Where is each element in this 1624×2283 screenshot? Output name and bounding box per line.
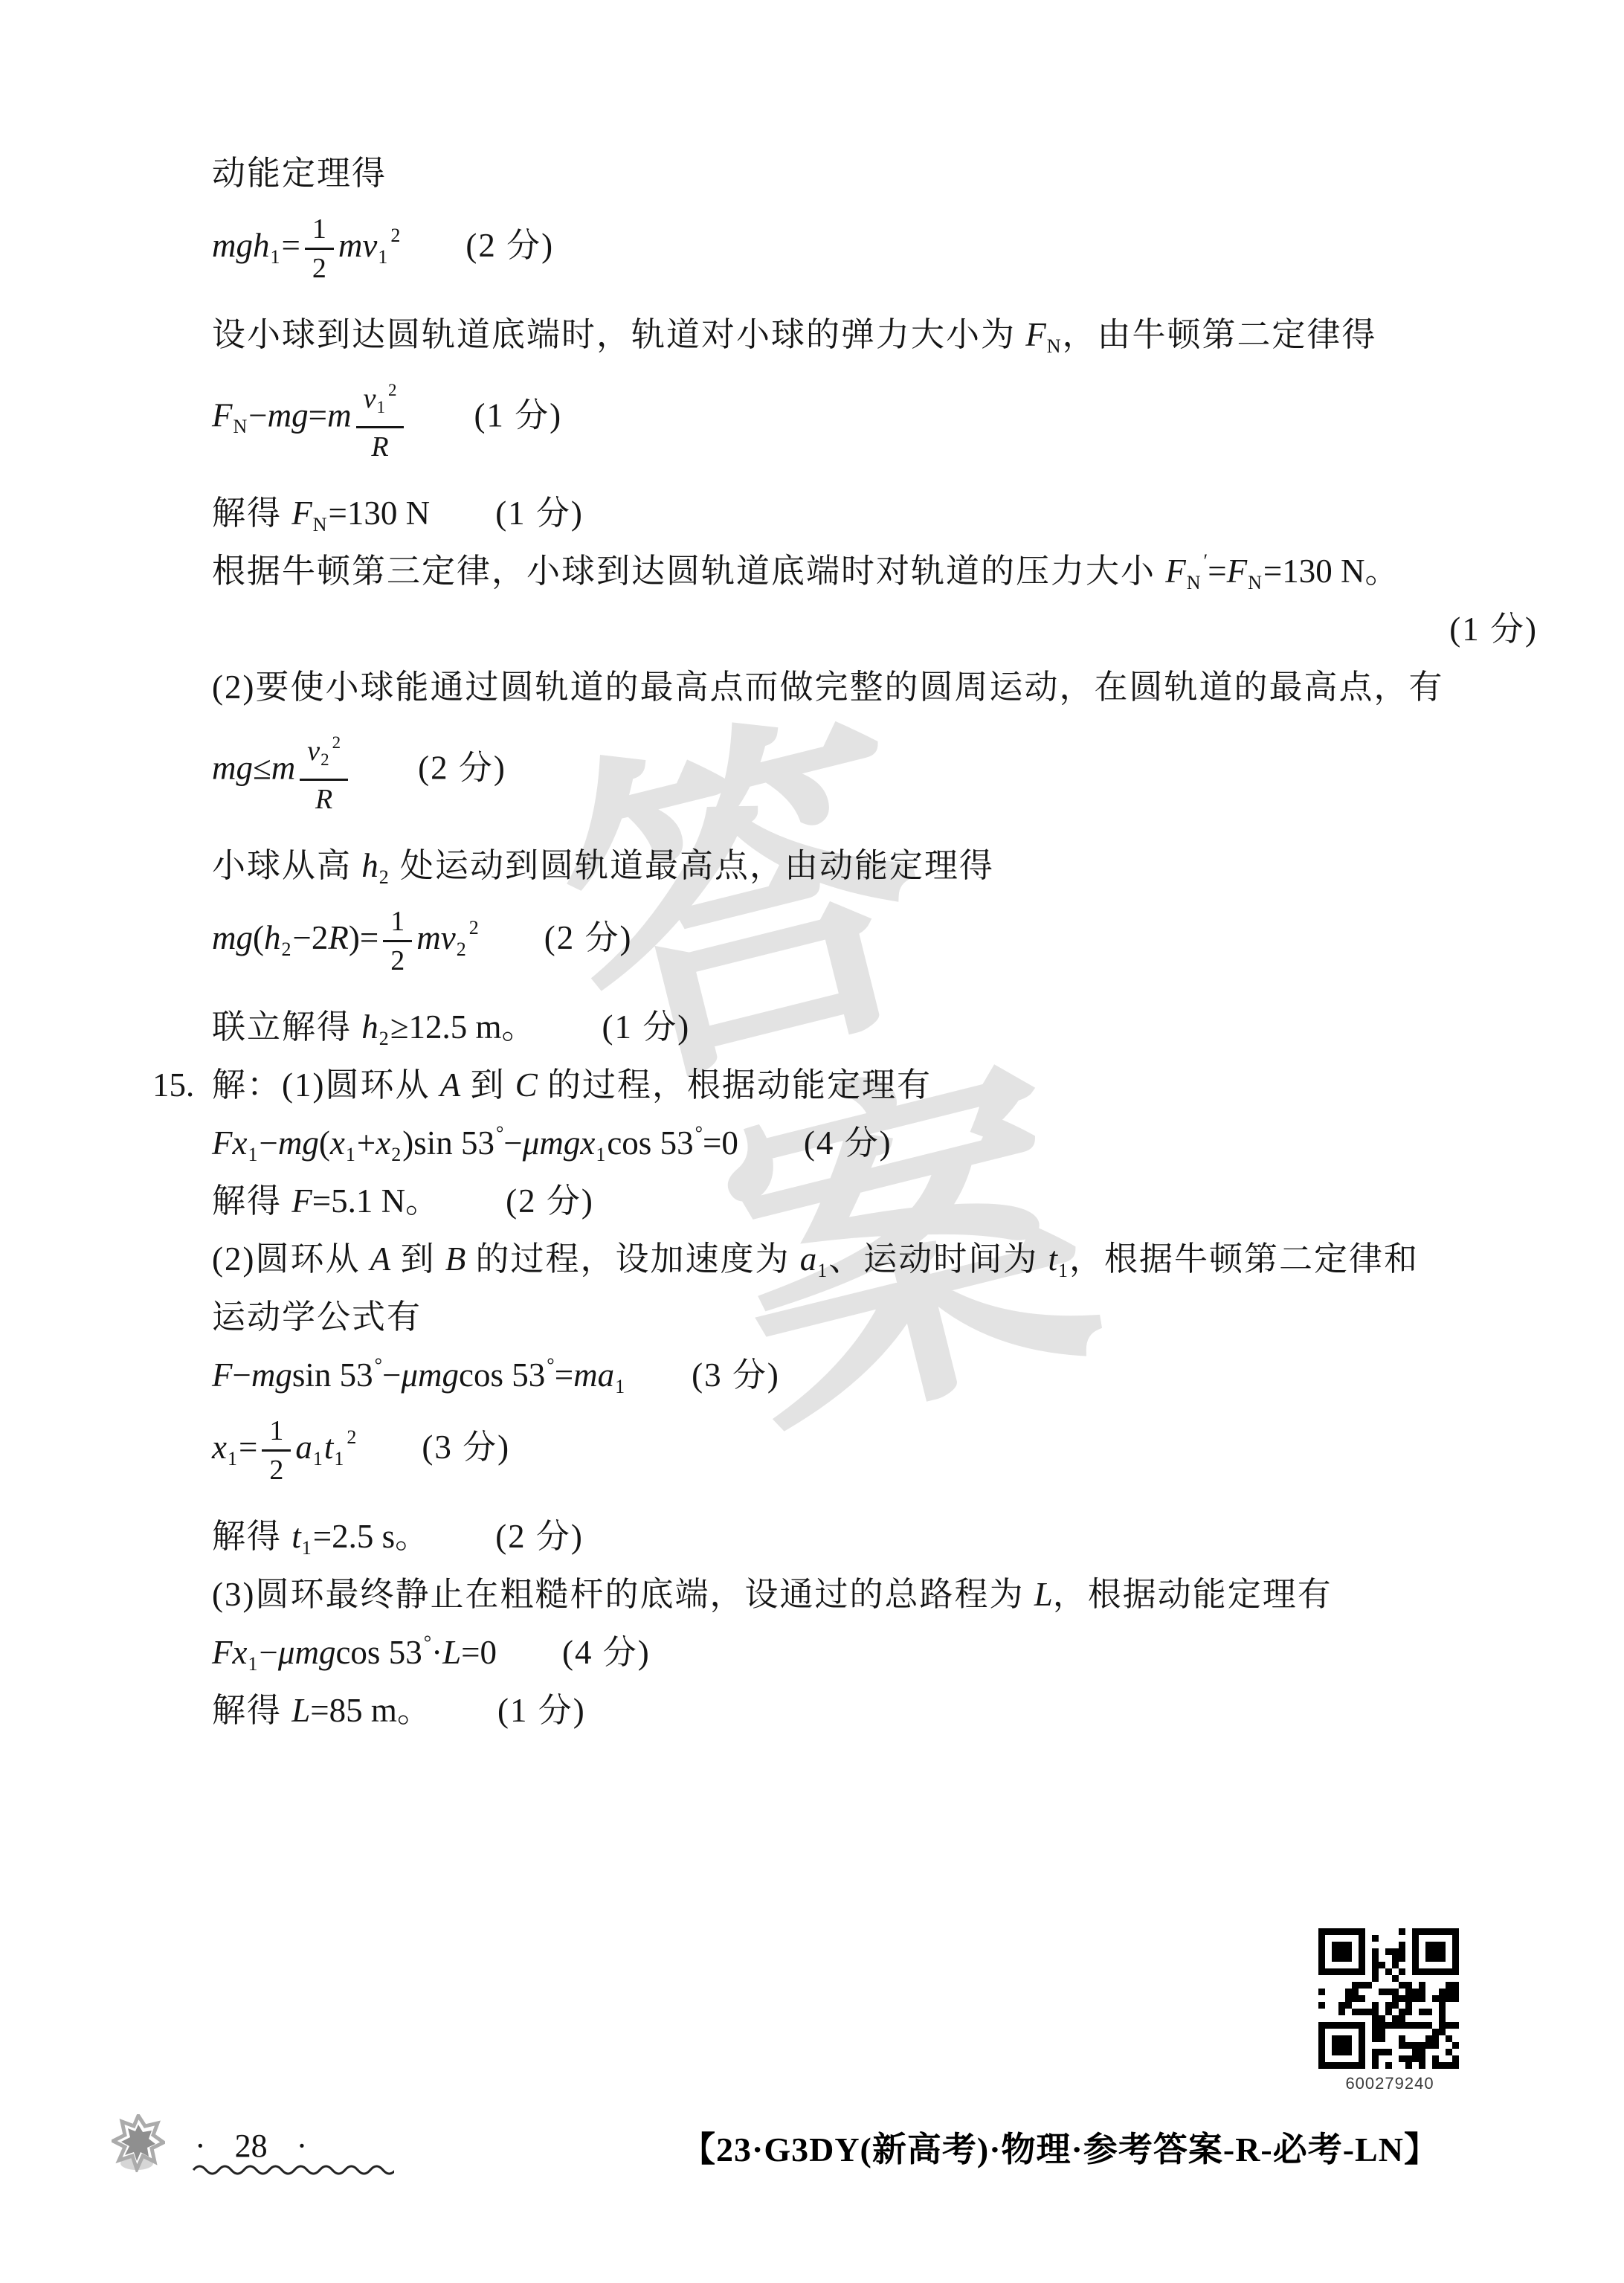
chinese-text: 动能定理得 [212,155,387,192]
answer-line: 动能定理得 [212,152,1559,194]
subscript: 1 [313,1448,323,1469]
math-roman: = [555,1356,573,1394]
chinese-text: 解得 [212,1692,291,1729]
qr-block: 600279240 [1318,1928,1461,2093]
subscript: 1 [378,246,387,268]
math-variable: F [291,1182,312,1220]
chinese-text: ，根据牛顿第二定律和 [1069,1240,1419,1278]
math-variable: x [330,1124,345,1162]
math-roman: + [357,1124,376,1162]
math-variable: L [291,1692,310,1729]
chinese-text: (2 分) [465,227,554,264]
subscript: 1 [615,1376,625,1397]
answer-line: mg≤mv22R(2 分) [212,724,1559,818]
math-variable: Fx [212,1124,247,1162]
superscript: ° [547,1354,554,1376]
math-variable: μmg [401,1356,459,1394]
subscript: 2 [282,938,291,960]
chinese-text: (2 分) [506,1182,594,1220]
chinese-text: 。 [397,1692,432,1729]
math-variable: C [515,1066,538,1104]
math-roman: ≥12.5 m [390,1008,502,1046]
answer-line: FN−mg=mv12R(1 分) [212,372,1559,466]
chinese-text: (2 分) [495,1518,584,1555]
answer-line: x1=12a1t12(3 分) [212,1412,1559,1489]
fraction: v12R [356,369,405,463]
fraction: 12 [262,1409,291,1486]
math-variable: m [271,749,296,786]
chinese-text: (4 分) [804,1124,892,1162]
subscript: 1 [1058,1260,1068,1281]
math-variable: F [1227,553,1248,590]
answer-line: 根据牛顿第三定律，小球到达圆轨道底端时对轨道的压力大小 FN′=FN=130 N… [212,550,1559,592]
chinese-text: 解得 [212,1182,291,1220]
superscript: ° [695,1122,703,1144]
subscript: 1 [334,1448,344,1469]
subscript: N [1248,572,1262,593]
math-variable: t [324,1429,334,1466]
math-roman: = [1208,553,1226,590]
chinese-text: (1 分) [474,396,562,434]
math-variable: μmgx [523,1124,596,1162]
answer-line: 解得 t1=2.5 s。(2 分) [212,1516,1559,1557]
item-number: 15. [152,1064,212,1106]
subscript: 1 [248,1144,257,1165]
math-variable: mg [212,749,253,786]
chinese-text: (3 分) [692,1356,780,1394]
chinese-text: (3)圆环最终静止在粗糙杆的底端，设通过的总路程为 [212,1576,1034,1613]
math-roman: )sin 53 [402,1124,494,1162]
subscript: 2 [457,938,466,960]
math-roman: − [233,1356,251,1394]
chinese-text: 。 [1365,553,1400,590]
math-variable: F [291,495,312,532]
math-variable: ma [573,1356,614,1394]
math-roman: − [382,1356,401,1394]
chinese-text: 的过程，设加速度为 [465,1240,800,1278]
document-page: 答 案 动能定理得mgh1=12mv12(2 分)设小球到达圆轨道底端时，轨道对… [0,0,1624,2283]
qr-serial-number: 600279240 [1318,2074,1461,2093]
math-variable: x [212,1429,227,1466]
fraction: 12 [305,207,334,284]
answer-line: Fx1−μmgcos 53°·L=0(4 分) [212,1632,1559,1673]
answer-line: 小球从高 h2 处运动到圆轨道最高点，由动能定理得 [212,845,1559,886]
math-roman: = [239,1429,257,1466]
superscript: 2 [469,917,479,938]
subscript: 1 [302,1537,312,1559]
chinese-text: 。 [405,1182,440,1220]
chinese-text: 。 [395,1518,430,1555]
subscript: 1 [346,1144,355,1165]
math-variable: x [376,1124,390,1162]
math-roman: 2 [312,253,326,284]
math-variable: mg [268,396,309,434]
chinese-text: 设小球到达圆轨道底端时，轨道对小球的弹力大小为 [212,316,1025,353]
chinese-text: 小球从高 [212,847,361,884]
answer-line: 解得 FN=130 N(1 分) [212,492,1559,534]
math-roman: =85 m [310,1692,397,1729]
math-variable: mg [278,1124,319,1162]
chinese-text: 运动学公式有 [212,1298,422,1336]
math-roman: − [248,396,267,434]
answer-line: 设小球到达圆轨道底端时，轨道对小球的弹力大小为 FN，由牛顿第二定律得 [212,314,1559,355]
chinese-text: 到 [390,1240,445,1278]
chinese-text: ，根据动能定理有 [1053,1576,1333,1613]
math-roman: 2 [390,945,405,976]
subscript: 2 [379,866,389,888]
math-variable: F [1025,316,1046,353]
math-roman: =0 [703,1124,738,1162]
subscript: N [1047,335,1061,357]
math-roman: sin 53 [292,1356,373,1394]
math-roman: 1 [390,906,405,937]
page-number: · 28 · [195,2127,307,2165]
math-variable: F [212,396,233,434]
chinese-text: (2)圆环从 [212,1240,370,1278]
chinese-text: 、运动时间为 [828,1240,1048,1278]
answer-line: F−mgsin 53°−μmgcos 53°=ma1(3 分) [212,1354,1559,1396]
math-variable: t [291,1518,301,1555]
star-logo-icon [112,2114,165,2176]
subscript: 1 [817,1260,827,1281]
math-variable: mg [212,919,253,956]
superscript: ° [375,1354,382,1376]
answer-line: Fx1−mg(x1+x2)sin 53°−μmgx1cos 53°=0(4 分) [212,1122,1559,1164]
answer-line: (2)要使小球能通过圆轨道的最高点而做完整的圆周运动，在圆轨道的最高点，有 [212,666,1559,708]
chinese-text: 根据牛顿第三定律，小球到达圆轨道底端时对轨道的压力大小 [212,553,1165,590]
superscript: 2 [388,381,397,399]
math-roman: 2 [269,1455,283,1486]
math-roman: =130 N [329,495,431,532]
math-variable: L [1034,1576,1053,1613]
subscript: N [233,416,248,437]
superscript: 2 [332,733,341,752]
math-roman: 1 [312,213,326,245]
subscript: N [1187,572,1201,593]
math-variable: F [1165,553,1186,590]
fraction: v22R [300,721,348,815]
answer-line: mgh1=12mv12(2 分) [212,210,1559,287]
answer-item-line: 15.解：(1)圆环从 A 到 C 的过程，根据动能定理有 [212,1064,1559,1106]
answer-line: 联立解得 h2≥12.5 m。(1 分) [212,1006,1559,1048]
superscript: 2 [390,225,400,246]
superscript: ° [424,1632,431,1653]
math-roman: =130 N [1263,553,1365,590]
chinese-text: 解得 [212,495,291,532]
chinese-text: 联立解得 [212,1008,361,1046]
chinese-text: 。 [501,1008,536,1046]
subscript: 1 [228,1448,237,1469]
math-roman: = [282,227,300,264]
math-roman: ≤ [253,749,271,786]
math-variable: R [371,431,388,463]
math-variable: mv [416,919,455,956]
math-roman: −2 [293,919,329,956]
chinese-text: (1 分) [497,1692,586,1729]
math-roman: − [259,1124,277,1162]
answer-line: (3)圆环最终静止在粗糙杆的底端，设通过的总路程为 L，根据动能定理有 [212,1574,1559,1615]
math-variable: a [295,1429,312,1466]
math-variable: A [440,1066,461,1104]
math-roman: )= [349,919,378,956]
wavy-underline [192,2161,394,2180]
math-variable: L [442,1634,461,1671]
math-variable: v [364,383,376,414]
math-roman: cos 53 [335,1634,422,1671]
math-variable: v [307,735,320,767]
subscript: 2 [391,1144,401,1165]
chinese-text: (3 分) [422,1429,510,1466]
math-roman: ( [253,919,264,956]
fraction: 12 [383,900,412,976]
math-roman: =0 [461,1634,497,1671]
math-variable: mgh [212,227,270,264]
math-variable: A [370,1240,391,1278]
math-roman: ( [319,1124,330,1162]
math-variable: t [1048,1240,1058,1278]
math-roman: − [259,1634,277,1671]
math-variable: h [361,1008,378,1046]
chinese-text: ，由牛顿第二定律得 [1063,316,1377,353]
chinese-text: 的过程，根据动能定理有 [538,1066,932,1104]
subscript: 1 [271,246,280,268]
subscript: 2 [320,750,329,769]
chinese-text: (2)要使小球能通过圆轨道的最高点而做完整的圆周运动，在圆轨道的最高点，有 [212,669,1443,706]
chinese-text: 处运动到圆轨道最高点，由动能定理得 [390,847,994,884]
chinese-text: (1 分) [1449,611,1538,648]
superscript: 2 [347,1426,356,1448]
subscript: N [313,514,327,535]
math-roman: · [431,1634,442,1671]
superscript: ° [496,1122,503,1144]
math-roman: = [309,396,327,434]
math-variable: mg [251,1356,292,1394]
chinese-text: (1 分) [602,1008,690,1046]
math-roman: cos 53 [459,1356,545,1394]
math-variable: R [328,919,349,956]
answer-line: 运动学公式有 [212,1296,1559,1338]
math-variable: F [212,1356,233,1394]
chinese-text: 解得 [212,1518,291,1555]
math-roman: =2.5 s [313,1518,395,1555]
math-variable: R [315,784,332,815]
subscript: 1 [376,398,385,416]
subscript: 1 [248,1653,257,1675]
answer-line: (2)圆环从 A 到 B 的过程，设加速度为 a1、运动时间为 t1，根据牛顿第… [212,1238,1559,1280]
math-variable: h [264,919,281,956]
math-variable: mv [338,227,377,264]
math-variable: a [800,1240,817,1278]
math-variable: Fx [212,1634,247,1671]
qr-code [1318,2059,1459,2072]
math-variable: m [327,396,352,434]
answer-line: 解得 F=5.1 N。(2 分) [212,1180,1559,1222]
answer-line: (1 分) [212,608,1559,650]
subscript: 1 [596,1144,605,1165]
math-variable: μmg [278,1634,336,1671]
chinese-text: (4 分) [562,1634,651,1671]
math-roman: cos 53 [607,1124,693,1162]
footer-doc-code: 【23·G3DY(新高考)·物理·参考答案-R-必考-LN】 [681,2122,1439,2171]
math-variable: h [361,847,378,884]
math-roman: =5.1 N [312,1182,405,1220]
answer-line: 解得 L=85 m。(1 分) [212,1690,1559,1731]
chinese-text: 到 [460,1066,515,1104]
chinese-text: (2 分) [418,749,506,786]
math-variable: B [445,1240,466,1278]
math-roman: − [503,1124,522,1162]
subscript: 2 [379,1028,389,1049]
chinese-text: (1 分) [495,495,584,532]
chinese-text: (2 分) [544,919,633,956]
answer-text-block: 动能定理得mgh1=12mv12(2 分)设小球到达圆轨道底端时，轨道对小球的弹… [0,0,1624,1748]
math-roman: 1 [269,1415,283,1446]
answer-line: mg(h2−2R)=12mv22(2 分) [212,903,1559,979]
chinese-text: 解：(1)圆环从 [212,1066,440,1104]
